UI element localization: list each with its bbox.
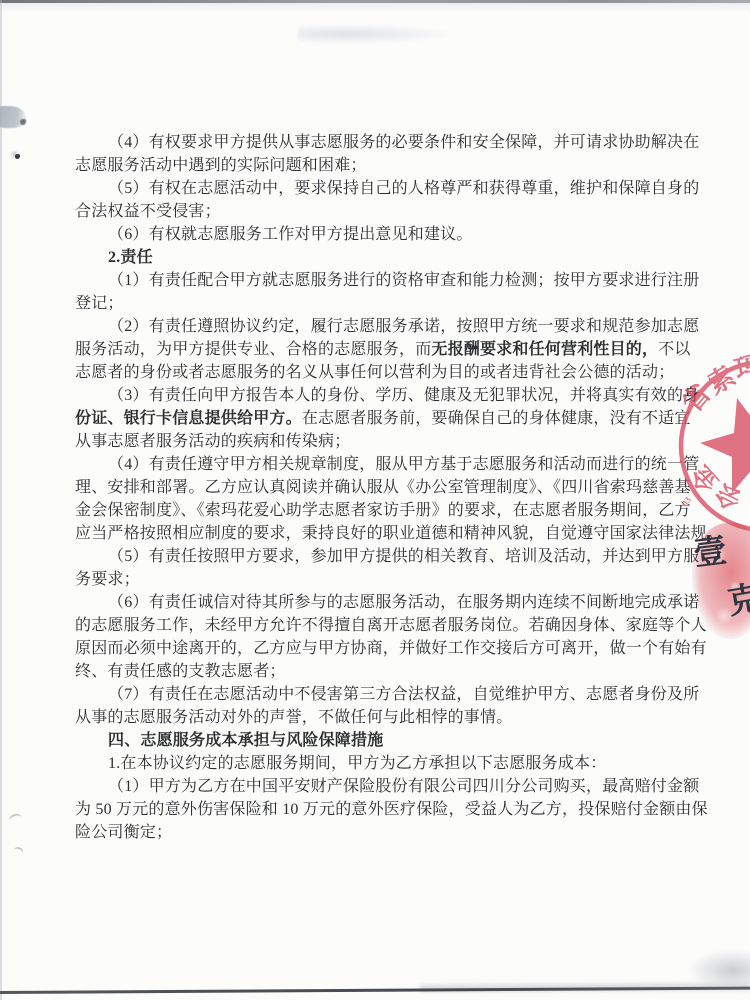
text-line: （6）有权就志愿服务工作对甲方提出意见和建议。 bbox=[75, 223, 692, 246]
text-run: 为 50 万元的意外伤害保险和 10 万元的意外医疗保险，受益人为乙方，投保赔付… bbox=[75, 801, 708, 818]
text-line: （5）有权在志愿活动中，要求保持自己的人格尊严和获得尊重，维护和保障自身的 bbox=[75, 177, 692, 200]
text-run: （7）有责任在志愿活动中不侵害第三方合法权益，自觉维护甲方、志愿者身份及所 bbox=[108, 686, 699, 703]
text-run: 的志愿服务工作，未经甲方允许不得擅自离开志愿者服务岗位。若确因身体、家庭等个人 bbox=[75, 617, 707, 634]
text-run: （5）有责任按照甲方要求，参加甲方提供的相关教育、培训及活动，并达到甲方服 bbox=[108, 548, 699, 565]
text-line: （1）有责任配合甲方就志愿服务进行的资格审查和能力检测；按甲方要求进行注册 bbox=[75, 269, 692, 292]
text-line: 份证、银行卡信息提供给甲方。在志愿者服务前，要确保自己的身体健康，没有不适宜 bbox=[75, 407, 692, 430]
text-line: 险公司衡定； bbox=[75, 821, 692, 844]
handwriting-char: 壹 bbox=[692, 535, 729, 572]
text-line: （4）有责任遵守甲方相关规章制度，服从甲方基于志愿服务和活动而进行的统一管 bbox=[75, 453, 692, 476]
text-line: （5）有责任按照甲方要求，参加甲方提供的相关教育、培训及活动，并达到甲方服 bbox=[75, 545, 692, 568]
text-line: （1）甲方为乙方在中国平安财产保险股份有限公司四川分公司购买，最高赔付金额 bbox=[75, 775, 692, 798]
text-line: 1.在本协议约定的志愿服务期间，甲方为乙方承担以下志愿服务成本： bbox=[75, 752, 692, 775]
text-line: （4）有权要求甲方提供从事志愿服务的必要条件和安全保障，并可请求协助解决在 bbox=[75, 131, 692, 154]
handwriting-char: 克 bbox=[725, 582, 750, 620]
scan-top-shadow bbox=[0, 3, 750, 12]
text-run: 金会保密制度》、《索玛花爱心助学志愿者家访手册》的要求，在志愿者服务期间，乙方 bbox=[75, 502, 691, 519]
text-line: 四、志愿服务成本承担与风险保障措施 bbox=[75, 729, 692, 752]
text-run: 登记； bbox=[75, 295, 124, 312]
text-run: （1）甲方为乙方在中国平安财产保险股份有限公司四川分公司购买，最高赔付金额 bbox=[108, 778, 699, 795]
seal-small-text: 03 bbox=[680, 495, 694, 509]
text-line: （7）有责任在志愿活动中不侵害第三方合法权益，自觉维护甲方、志愿者身份及所 bbox=[75, 683, 692, 706]
text-run: 理、安排和部署。乙方应认真阅读并确认服从《办公室管理制度》、《四川省索玛慈善基 bbox=[75, 479, 691, 496]
text-line: 合法权益不受侵害； bbox=[75, 200, 692, 223]
text-line: 的志愿服务工作，未经甲方允许不得擅自离开志愿者服务岗位。若确因身体、家庭等个人 bbox=[75, 614, 692, 637]
text-run: （1）有责任配合甲方就志愿服务进行的资格审查和能力检测；按甲方要求进行注册 bbox=[108, 272, 699, 289]
red-seal-stamp: 省 索 玛 金 会 03 bbox=[668, 348, 750, 540]
scanned-page: （4）有权要求甲方提供从事志愿服务的必要条件和安全保障，并可请求协助解决在志愿服… bbox=[0, 0, 750, 1000]
text-line: 志愿者的身份或者志愿服务的名义从事任何以营利为目的或者违背社会公德的活动； bbox=[75, 361, 692, 384]
text-line: 终、有责任感的支教志愿者； bbox=[75, 660, 692, 683]
text-line: 登记； bbox=[75, 292, 692, 315]
text-run: （4）有责任遵守甲方相关规章制度，服从甲方基于志愿服务和活动而进行的统一管 bbox=[108, 456, 699, 473]
text-run: 从事的志愿服务活动对外的声誉，不做任何与此相悖的事情。 bbox=[75, 709, 512, 726]
text-run: 终、有责任感的支教志愿者； bbox=[75, 663, 286, 680]
text-line: 务要求； bbox=[75, 568, 692, 591]
text-run: 险公司衡定； bbox=[75, 824, 172, 841]
text-run: 合法权益不受侵害； bbox=[75, 203, 221, 220]
text-line: 应当严格按照相应制度的要求，秉持良好的职业道德和精神风貌，自觉遵守国家法律法规。 bbox=[75, 522, 692, 545]
scan-corner-blob bbox=[688, 950, 750, 984]
text-line: 为 50 万元的意外伤害保险和 10 万元的意外医疗保险，受益人为乙方，投保赔付… bbox=[75, 798, 692, 821]
text-run-bold: 四、志愿服务成本承担与风险保障措施 bbox=[108, 732, 383, 749]
text-line: 服务活动，为甲方提供专业、合格的志愿服务，而无报酬要求和任何营利性目的，不以 bbox=[75, 338, 692, 361]
text-line: （3）有责任向甲方报告本人的身份、学历、健康及无犯罪状况，并将真实有效的身 bbox=[75, 384, 692, 407]
pencil-mark bbox=[12, 846, 25, 859]
text-run-bold: 无报酬要求和任何营利性目的， bbox=[431, 341, 658, 358]
text-run-bold: 2.责任 bbox=[108, 249, 153, 266]
text-run: （5）有权在志愿活动中，要求保持自己的人格尊严和获得尊重，维护和保障自身的 bbox=[108, 180, 699, 197]
text-run: 从事志愿者服务活动的疾病和传染病； bbox=[75, 433, 350, 450]
scan-smudge bbox=[298, 24, 458, 44]
text-run: （4）有权要求甲方提供从事志愿服务的必要条件和安全保障，并可请求协助解决在 bbox=[108, 134, 699, 151]
text-line: （6）有责任诚信对待其所参与的志愿服务活动，在服务期内连续不间断地完成承诺 bbox=[75, 591, 692, 614]
scan-bottom-edge bbox=[0, 987, 750, 994]
text-run: 务要求； bbox=[75, 571, 140, 588]
text-line: （2）有责任遵照协议约定，履行志愿服务承诺，按照甲方统一要求和规范参加志愿 bbox=[75, 315, 692, 338]
text-run: （2）有责任遵照协议约定，履行志愿服务承诺，按照甲方统一要求和规范参加志愿 bbox=[108, 318, 699, 335]
text-run: （6）有权就志愿服务工作对甲方提出意见和建议。 bbox=[108, 226, 473, 243]
text-run-bold: 份证、银行卡信息提供给甲方。 bbox=[75, 410, 302, 427]
text-line: 从事的志愿服务活动对外的声誉，不做任何与此相悖的事情。 bbox=[75, 706, 692, 729]
text-run: （3）有责任向甲方报告本人的身份、学历、健康及无犯罪状况，并将真实有效的 bbox=[108, 387, 683, 404]
text-line: 金会保密制度》、《索玛花爱心助学志愿者家访手册》的要求，在志愿者服务期间，乙方 bbox=[75, 499, 692, 522]
text-run: 在志愿者服务前，要确保自己的身体健康，没有不适宜 bbox=[302, 410, 691, 427]
staple-mark-tip bbox=[20, 119, 26, 125]
text-line: 从事志愿者服务活动的疾病和传染病； bbox=[75, 430, 692, 453]
text-line: 原因而必须中途离开的，乙方应与甲方协商，并做好工作交接后方可离开，做一个有始有 bbox=[75, 637, 692, 660]
pencil-mark bbox=[8, 813, 23, 826]
text-run: 1.在本协议约定的志愿服务期间，甲方为乙方承担以下志愿服务成本： bbox=[108, 755, 606, 772]
text-run: 志愿者的身份或者志愿服务的名义从事任何以营利为目的或者违背社会公德的活动； bbox=[75, 364, 674, 381]
text-run: 服务活动，为甲方提供专业、合格的志愿服务，而 bbox=[75, 341, 431, 358]
document-body: （4）有权要求甲方提供从事志愿服务的必要条件和安全保障，并可请求协助解决在志愿服… bbox=[75, 131, 692, 844]
text-line: 志愿服务活动中遇到的实际问题和困难； bbox=[75, 154, 692, 177]
text-run: （6）有责任诚信对待其所参与的志愿服务活动，在服务期内连续不间断地完成承诺 bbox=[108, 594, 699, 611]
text-line: 2.责任 bbox=[75, 246, 692, 269]
text-line: 理、安排和部署。乙方应认真阅读并确认服从《办公室管理制度》、《四川省索玛慈善基 bbox=[75, 476, 692, 499]
scan-left-edge bbox=[0, 0, 2, 1000]
text-run: 原因而必须中途离开的，乙方应与甲方协商，并做好工作交接后方可离开，做一个有始有 bbox=[75, 640, 707, 657]
text-run: 应当严格按照相应制度的要求，秉持良好的职业道德和精神风貌，自觉遵守国家法律法规。 bbox=[75, 525, 723, 542]
ink-dot bbox=[15, 154, 20, 159]
text-run: 志愿服务活动中遇到的实际问题和困难； bbox=[75, 157, 367, 174]
